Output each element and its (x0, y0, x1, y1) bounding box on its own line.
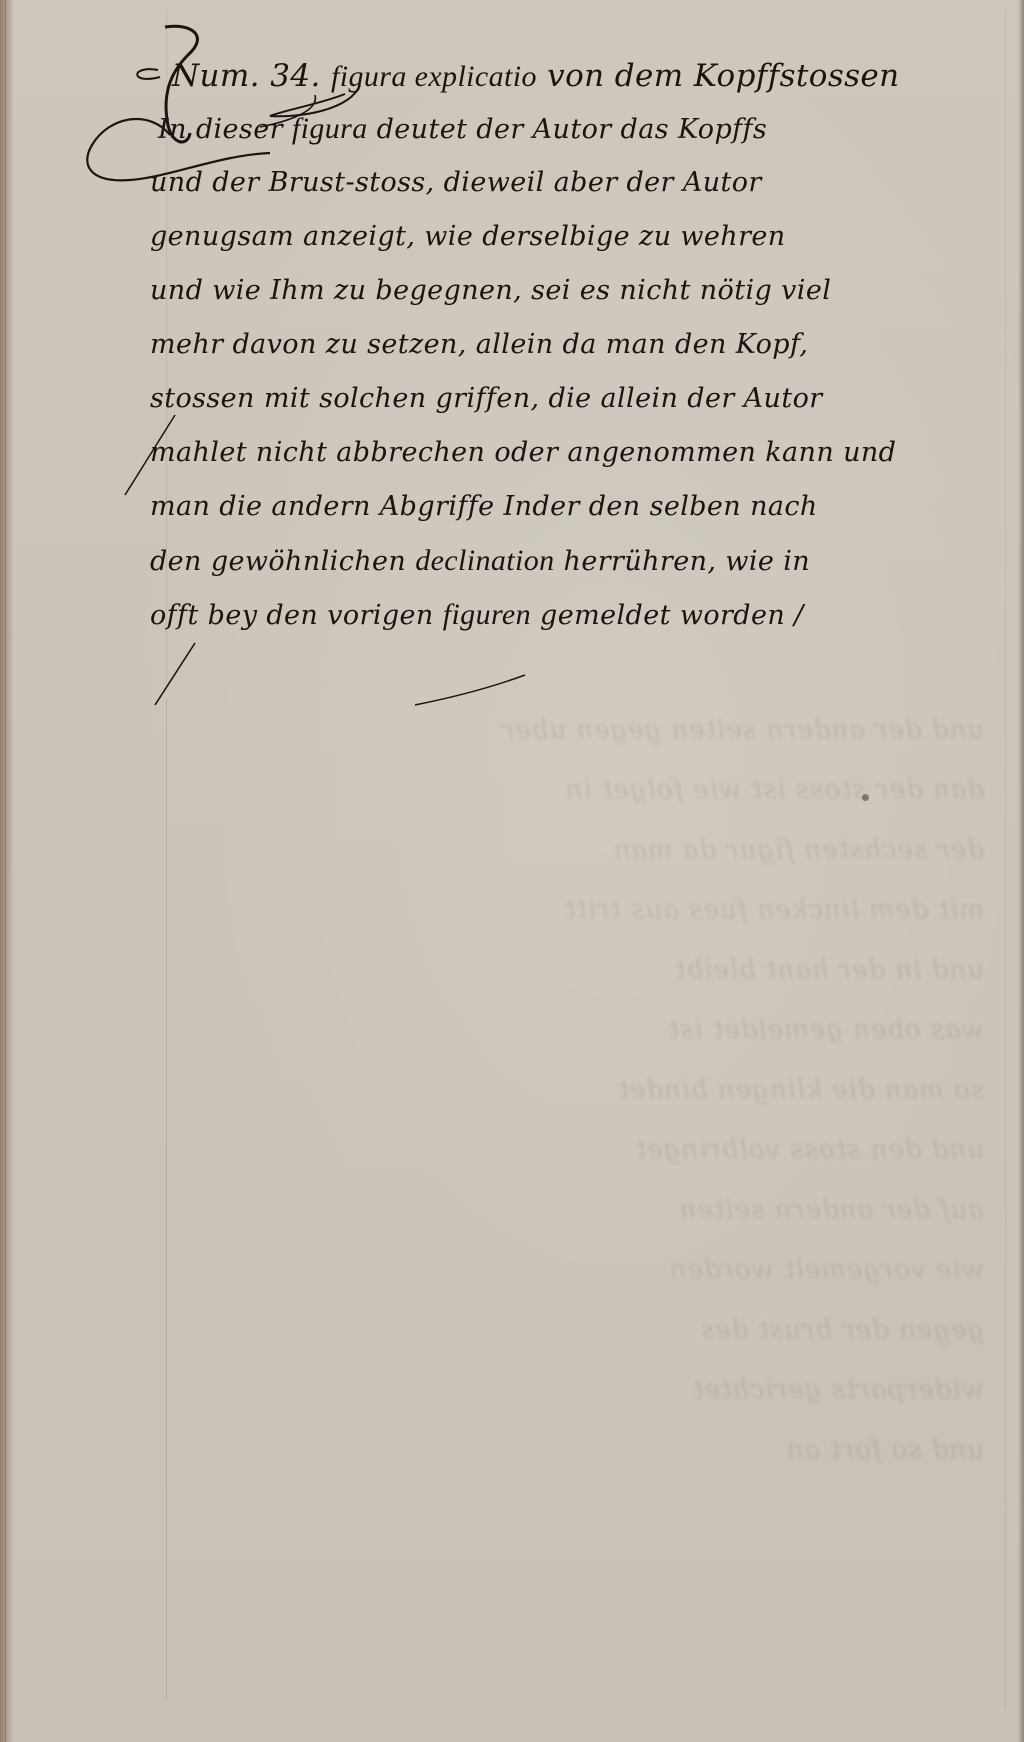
text-segment: mahlet nicht abbrechen oder angenommen k… (150, 437, 896, 468)
ink-speck (862, 794, 869, 801)
text-segment: offt bey den vorigen (150, 600, 443, 631)
text-segment: und wie Ihm zu begegnen, sei es nicht nö… (150, 275, 831, 306)
manuscript-page: und der andern seiten gegen uber dan der… (0, 0, 1024, 1742)
heading-number: Num. 34. (172, 58, 321, 94)
heading-latin: figura explicatio (331, 60, 537, 93)
show-through-line: und so fort an (160, 1420, 984, 1480)
text-segment: herrühren, wie in (555, 546, 811, 577)
latin-term: figura (292, 112, 368, 145)
binding-gutter-line (5, 0, 6, 1742)
text-line: In dieser figura deutet der Autor das Ko… (150, 102, 1010, 156)
text-segment: und der Brust-stoss, dieweil aber der Au… (150, 167, 762, 198)
show-through-line: auf der andern seiten (160, 1180, 984, 1240)
text-line: genugsam anzeigt, wie derselbige zu wehr… (150, 210, 1010, 264)
heading-german: von dem Kopffstossen (547, 58, 899, 94)
text-segment: mehr davon zu setzen, allein da man den … (150, 329, 808, 360)
text-line: und wie Ihm zu begegnen, sei es nicht nö… (150, 264, 1010, 318)
show-through-line: und der andern seiten gegen uber (160, 700, 984, 760)
page-right-edge (1018, 0, 1024, 1742)
text-segment: man die andern Abgriffe Inder den selben… (150, 491, 818, 522)
show-through-line: so man die klingen bindet (160, 1060, 984, 1120)
show-through-line: wie vorgemelt worden (160, 1240, 984, 1300)
show-through-line: mit dem lincken fues aus tritt (160, 880, 984, 940)
show-through-line: widerparts gerichtet (160, 1360, 984, 1420)
text-line: man die andern Abgriffe Inder den selben… (150, 480, 1010, 534)
show-through-line: und den stoss volbringet (160, 1120, 984, 1180)
reverse-side-show-through: und der andern seiten gegen uber dan der… (160, 700, 984, 1600)
text-line: offt bey den vorigen figuren gemeldet wo… (150, 588, 1010, 642)
text-line: mahlet nicht abbrechen oder angenommen k… (150, 426, 1010, 480)
text-segment: In dieser (158, 114, 292, 145)
text-segment: stossen mit solchen griffen, die allein … (150, 383, 823, 414)
text-line: mehr davon zu setzen, allein da man den … (150, 318, 1010, 372)
manuscript-text: Num. 34. figura explicatio von dem Kopff… (150, 40, 1010, 642)
text-segment: genugsam anzeigt, wie derselbige zu wehr… (150, 221, 786, 252)
text-segment: deutet der Autor das Kopffs (368, 114, 768, 145)
latin-term: declination (415, 544, 554, 577)
show-through-line: und in der hant bleibt (160, 940, 984, 1000)
show-through-line: der sechsten figur da man (160, 820, 984, 880)
text-segment: gemeldet worden / (531, 600, 804, 631)
text-line: stossen mit solchen griffen, die allein … (150, 372, 1010, 426)
text-line: und der Brust-stoss, dieweil aber der Au… (150, 156, 1010, 210)
latin-term: figuren (443, 598, 531, 631)
text-line: den gewöhnlichen declination herrühren, … (150, 534, 1010, 588)
text-segment: den gewöhnlichen (150, 546, 415, 577)
heading-line: Num. 34. figura explicatio von dem Kopff… (150, 40, 1010, 102)
show-through-line: gegen der brust des (160, 1300, 984, 1360)
show-through-line: dan der stoss ist wie folget in (160, 760, 984, 820)
show-through-line: was oben gemeldet ist (160, 1000, 984, 1060)
binding-edge (0, 0, 14, 1742)
